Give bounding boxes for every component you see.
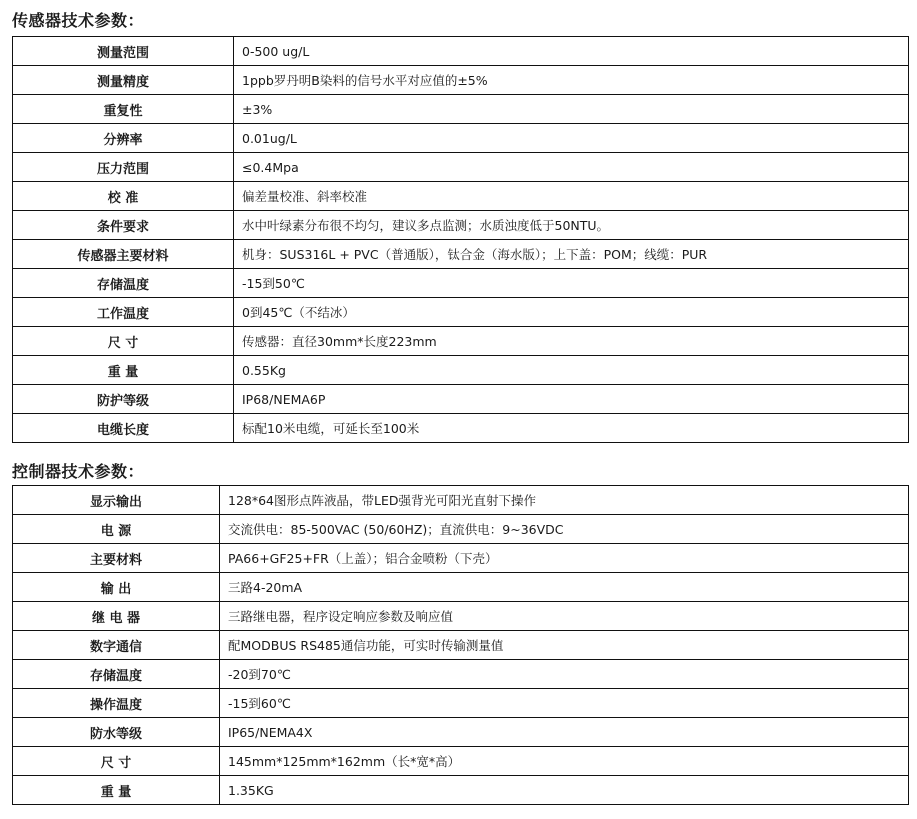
spec-value: -15到60℃ <box>220 689 909 718</box>
spec-label: 继 电 器 <box>13 602 220 631</box>
table-row: 测量范围0-500 ug/L <box>13 37 909 66</box>
table-row: 重 量1.35KG <box>13 776 909 805</box>
spec-label: 存储温度 <box>13 660 220 689</box>
spec-label: 显示输出 <box>13 486 220 515</box>
spec-value: IP65/NEMA4X <box>220 718 909 747</box>
spec-label: 校 准 <box>13 182 234 211</box>
spec-value: 0.55Kg <box>234 356 909 385</box>
spec-value: 128*64图形点阵液晶，带LED强背光可阳光直射下操作 <box>220 486 909 515</box>
spec-value: 水中叶绿素分布很不均匀，建议多点监测；水质浊度低于50NTU。 <box>234 211 909 240</box>
spec-label: 测量范围 <box>13 37 234 66</box>
spec-value: -15到50℃ <box>234 269 909 298</box>
table-row: 尺 寸传感器：直径30mm*长度223mm <box>13 327 909 356</box>
spec-value: 三路4-20mA <box>220 573 909 602</box>
spec-label: 压力范围 <box>13 153 234 182</box>
spec-label: 重 量 <box>13 776 220 805</box>
spec-label: 传感器主要材料 <box>13 240 234 269</box>
spec-value: 配MODBUS RS485通信功能，可实时传输测量值 <box>220 631 909 660</box>
controller-spec-table: 显示输出128*64图形点阵液晶，带LED强背光可阳光直射下操作电 源交流供电：… <box>12 485 909 805</box>
table-row: 重复性±3% <box>13 95 909 124</box>
spec-label: 重 量 <box>13 356 234 385</box>
spec-label: 测量精度 <box>13 66 234 95</box>
spec-value: 145mm*125mm*162mm（长*宽*高） <box>220 747 909 776</box>
spec-label: 尺 寸 <box>13 327 234 356</box>
spec-label: 条件要求 <box>13 211 234 240</box>
controller-section-title: 控制器技术参数： <box>12 459 144 482</box>
spec-label: 分辨率 <box>13 124 234 153</box>
table-row: 显示输出128*64图形点阵液晶，带LED强背光可阳光直射下操作 <box>13 486 909 515</box>
spec-label: 存储温度 <box>13 269 234 298</box>
table-row: 输 出三路4-20mA <box>13 573 909 602</box>
spec-label: 重复性 <box>13 95 234 124</box>
spec-label: 电 源 <box>13 515 220 544</box>
table-row: 尺 寸145mm*125mm*162mm（长*宽*高） <box>13 747 909 776</box>
sensor-section-title: 传感器技术参数： <box>12 8 144 31</box>
table-row: 存储温度-20到70℃ <box>13 660 909 689</box>
spec-label: 操作温度 <box>13 689 220 718</box>
table-row: 压力范围≤0.4Mpa <box>13 153 909 182</box>
spec-value: 偏差量校准、斜率校准 <box>234 182 909 211</box>
spec-value: ≤0.4Mpa <box>234 153 909 182</box>
spec-label: 工作温度 <box>13 298 234 327</box>
table-row: 数字通信配MODBUS RS485通信功能，可实时传输测量值 <box>13 631 909 660</box>
table-row: 传感器主要材料机身：SUS316L + PVC（普通版），钛合金（海水版）；上下… <box>13 240 909 269</box>
table-row: 操作温度-15到60℃ <box>13 689 909 718</box>
spec-label: 主要材料 <box>13 544 220 573</box>
spec-value: 1.35KG <box>220 776 909 805</box>
table-row: 测量精度1ppb罗丹明B染料的信号水平对应值的±5% <box>13 66 909 95</box>
spec-label: 输 出 <box>13 573 220 602</box>
table-row: 重 量0.55Kg <box>13 356 909 385</box>
spec-value: 0.01ug/L <box>234 124 909 153</box>
spec-value: -20到70℃ <box>220 660 909 689</box>
table-row: 电缆长度标配10米电缆，可延长至100米 <box>13 414 909 443</box>
spec-value: 0到45℃（不结冰） <box>234 298 909 327</box>
table-row: 防水等级IP65/NEMA4X <box>13 718 909 747</box>
table-row: 条件要求水中叶绿素分布很不均匀，建议多点监测；水质浊度低于50NTU。 <box>13 211 909 240</box>
table-row: 分辨率0.01ug/L <box>13 124 909 153</box>
spec-label: 数字通信 <box>13 631 220 660</box>
table-row: 主要材料PA66+GF25+FR（上盖）；铝合金喷粉（下壳） <box>13 544 909 573</box>
spec-value: 交流供电：85-500VAC (50/60HZ)；直流供电：9~36VDC <box>220 515 909 544</box>
table-row: 存储温度-15到50℃ <box>13 269 909 298</box>
spec-label: 电缆长度 <box>13 414 234 443</box>
spec-value: 传感器：直径30mm*长度223mm <box>234 327 909 356</box>
spec-label: 尺 寸 <box>13 747 220 776</box>
spec-value: PA66+GF25+FR（上盖）；铝合金喷粉（下壳） <box>220 544 909 573</box>
spec-value: 0-500 ug/L <box>234 37 909 66</box>
spec-value: 标配10米电缆，可延长至100米 <box>234 414 909 443</box>
table-row: 校 准偏差量校准、斜率校准 <box>13 182 909 211</box>
spec-label: 防水等级 <box>13 718 220 747</box>
spec-value: 1ppb罗丹明B染料的信号水平对应值的±5% <box>234 66 909 95</box>
table-row: 电 源交流供电：85-500VAC (50/60HZ)；直流供电：9~36VDC <box>13 515 909 544</box>
spec-value: 三路继电器，程序设定响应参数及响应值 <box>220 602 909 631</box>
table-row: 防护等级IP68/NEMA6P <box>13 385 909 414</box>
spec-label: 防护等级 <box>13 385 234 414</box>
spec-value: IP68/NEMA6P <box>234 385 909 414</box>
table-row: 继 电 器三路继电器，程序设定响应参数及响应值 <box>13 602 909 631</box>
table-row: 工作温度0到45℃（不结冰） <box>13 298 909 327</box>
spec-value: 机身：SUS316L + PVC（普通版），钛合金（海水版）；上下盖：POM；线… <box>234 240 909 269</box>
sensor-spec-table: 测量范围0-500 ug/L测量精度1ppb罗丹明B染料的信号水平对应值的±5%… <box>12 36 909 443</box>
spec-value: ±3% <box>234 95 909 124</box>
